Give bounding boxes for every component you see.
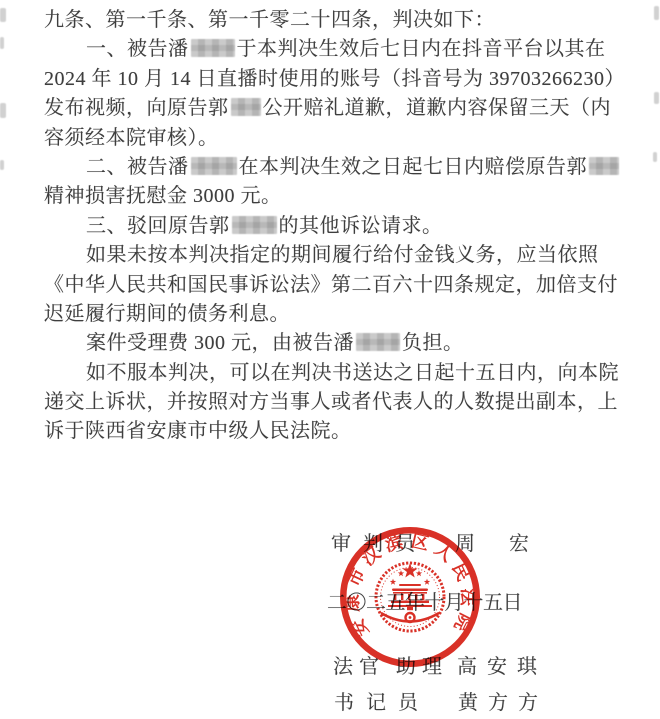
judgment-text: 九条、第一千条、第一千零二十四条，判决如下：: [44, 9, 495, 31]
scan-speck: [0, 37, 4, 49]
judgment-line: 《中华人民共和国民事诉讼法》第二百六十四条规定，加倍支付: [44, 271, 619, 300]
judgment-line: 案件受理费 300 元，由被告潘负担。: [44, 329, 619, 358]
scan-speck: [654, 92, 659, 104]
judgment-text: 诉于陕西省安康市中级人民法院。: [44, 420, 352, 442]
judgment-line: 如不服本判决，可以在判决书送达之日起十五日内，向本院: [44, 359, 619, 388]
judgment-text: 一、被告潘: [86, 38, 189, 60]
judgment-text: 于本判决生效后七日内在抖音平台以其在: [237, 38, 606, 60]
judgment-text: 在本判决生效之日起七日内赔偿原告郭: [239, 156, 588, 178]
redacted-name: [231, 98, 261, 116]
judgment-text: 的其他诉讼请求。: [279, 215, 443, 237]
scan-speck: [0, 160, 4, 170]
judgment-line: 容须经本院审核）。: [44, 124, 619, 153]
national-emblem-icon: [376, 563, 444, 631]
scan-speck: [653, 152, 657, 162]
judgment-line: 一、被告潘于本判决生效后七日内在抖音平台以其在: [44, 35, 619, 64]
judgment-line: 发布视频，向原告郭公开赔礼道歉，道歉内容保留三天（内: [44, 94, 619, 123]
scan-speck: [654, 6, 659, 20]
clerk-title: 书记员: [334, 686, 430, 715]
redacted-name: [232, 216, 277, 234]
judgment-text: 公开赔礼道歉，道歉内容保留三天（内: [263, 97, 612, 119]
small-star-icon: [424, 579, 430, 585]
clerk-name: 黄方方: [458, 686, 548, 715]
redacted-name: [191, 39, 235, 57]
judgment-line: 九条、第一千条、第一千零二十四条，判决如下：: [44, 6, 619, 35]
judgment-line: 三、驳回原告郭的其他诉讼请求。: [44, 212, 619, 241]
judgment-text: 三、驳回原告郭: [86, 215, 230, 237]
judgment-text: 精神损害抚慰金 3000 元。: [44, 185, 282, 207]
judgment-text: 负担。: [402, 332, 464, 354]
small-star-icon: [390, 579, 396, 585]
judgment-text: 2024 年 10 月 14 日直播时使用的账号（抖音号为 3970326623…: [44, 68, 625, 90]
judgment-text: 《中华人民共和国民事诉讼法》第二百六十四条规定，加倍支付: [44, 274, 618, 296]
judgment-text: 迟延履行期间的债务利息。: [44, 303, 290, 325]
judgment-text: 如果未按本判决指定的期间履行给付金钱义务，应当依照: [86, 244, 599, 266]
judgment-text: 递交上诉状，并按照对方当事人或者代表人的人数提出副本，上: [44, 391, 618, 413]
judgment-line: 迟延履行期间的债务利息。: [44, 300, 619, 329]
judgment-line: 如果未按本判决指定的期间履行给付金钱义务，应当依照: [44, 241, 619, 270]
judgment-line: 诉于陕西省安康市中级人民法院。: [44, 417, 619, 446]
judgment-body: 九条、第一千条、第一千零二十四条，判决如下：一、被告潘于本判决生效后七日内在抖音…: [44, 6, 619, 447]
clerk-row: 书记员 黄方方: [334, 686, 430, 715]
judgment-text: 二、被告潘: [86, 156, 189, 178]
judgment-text: 案件受理费 300 元，由被告潘: [86, 332, 354, 354]
court-seal: 安康市汉滨区人民法院: [337, 524, 483, 670]
small-star-icon: [416, 570, 422, 576]
redacted-name: [356, 333, 400, 351]
judgment-line: 递交上诉状，并按照对方当事人或者代表人的人数提出副本，上: [44, 388, 619, 417]
scan-speck: [0, 103, 6, 118]
tiananmen-gate-icon: [388, 584, 432, 610]
redacted-name: [589, 157, 619, 175]
judgment-text: 如不服本判决，可以在判决书送达之日起十五日内，向本院: [86, 362, 619, 384]
judgment-page: 九条、第一千条、第一千零二十四条，判决如下：一、被告潘于本判决生效后七日内在抖音…: [0, 0, 660, 719]
big-star-icon: [402, 563, 417, 577]
scan-speck: [0, 8, 6, 22]
judgment-line: 2024 年 10 月 14 日直播时使用的账号（抖音号为 3970326623…: [44, 65, 619, 94]
judgment-line: 二、被告潘在本判决生效之日起七日内赔偿原告郭: [44, 153, 619, 182]
judgment-text: 容须经本院审核）。: [44, 127, 219, 149]
judgment-text: 发布视频，向原告郭: [44, 97, 229, 119]
judgment-line: 精神损害抚慰金 3000 元。: [44, 182, 619, 211]
redacted-name: [191, 157, 237, 175]
small-star-icon: [398, 570, 404, 576]
